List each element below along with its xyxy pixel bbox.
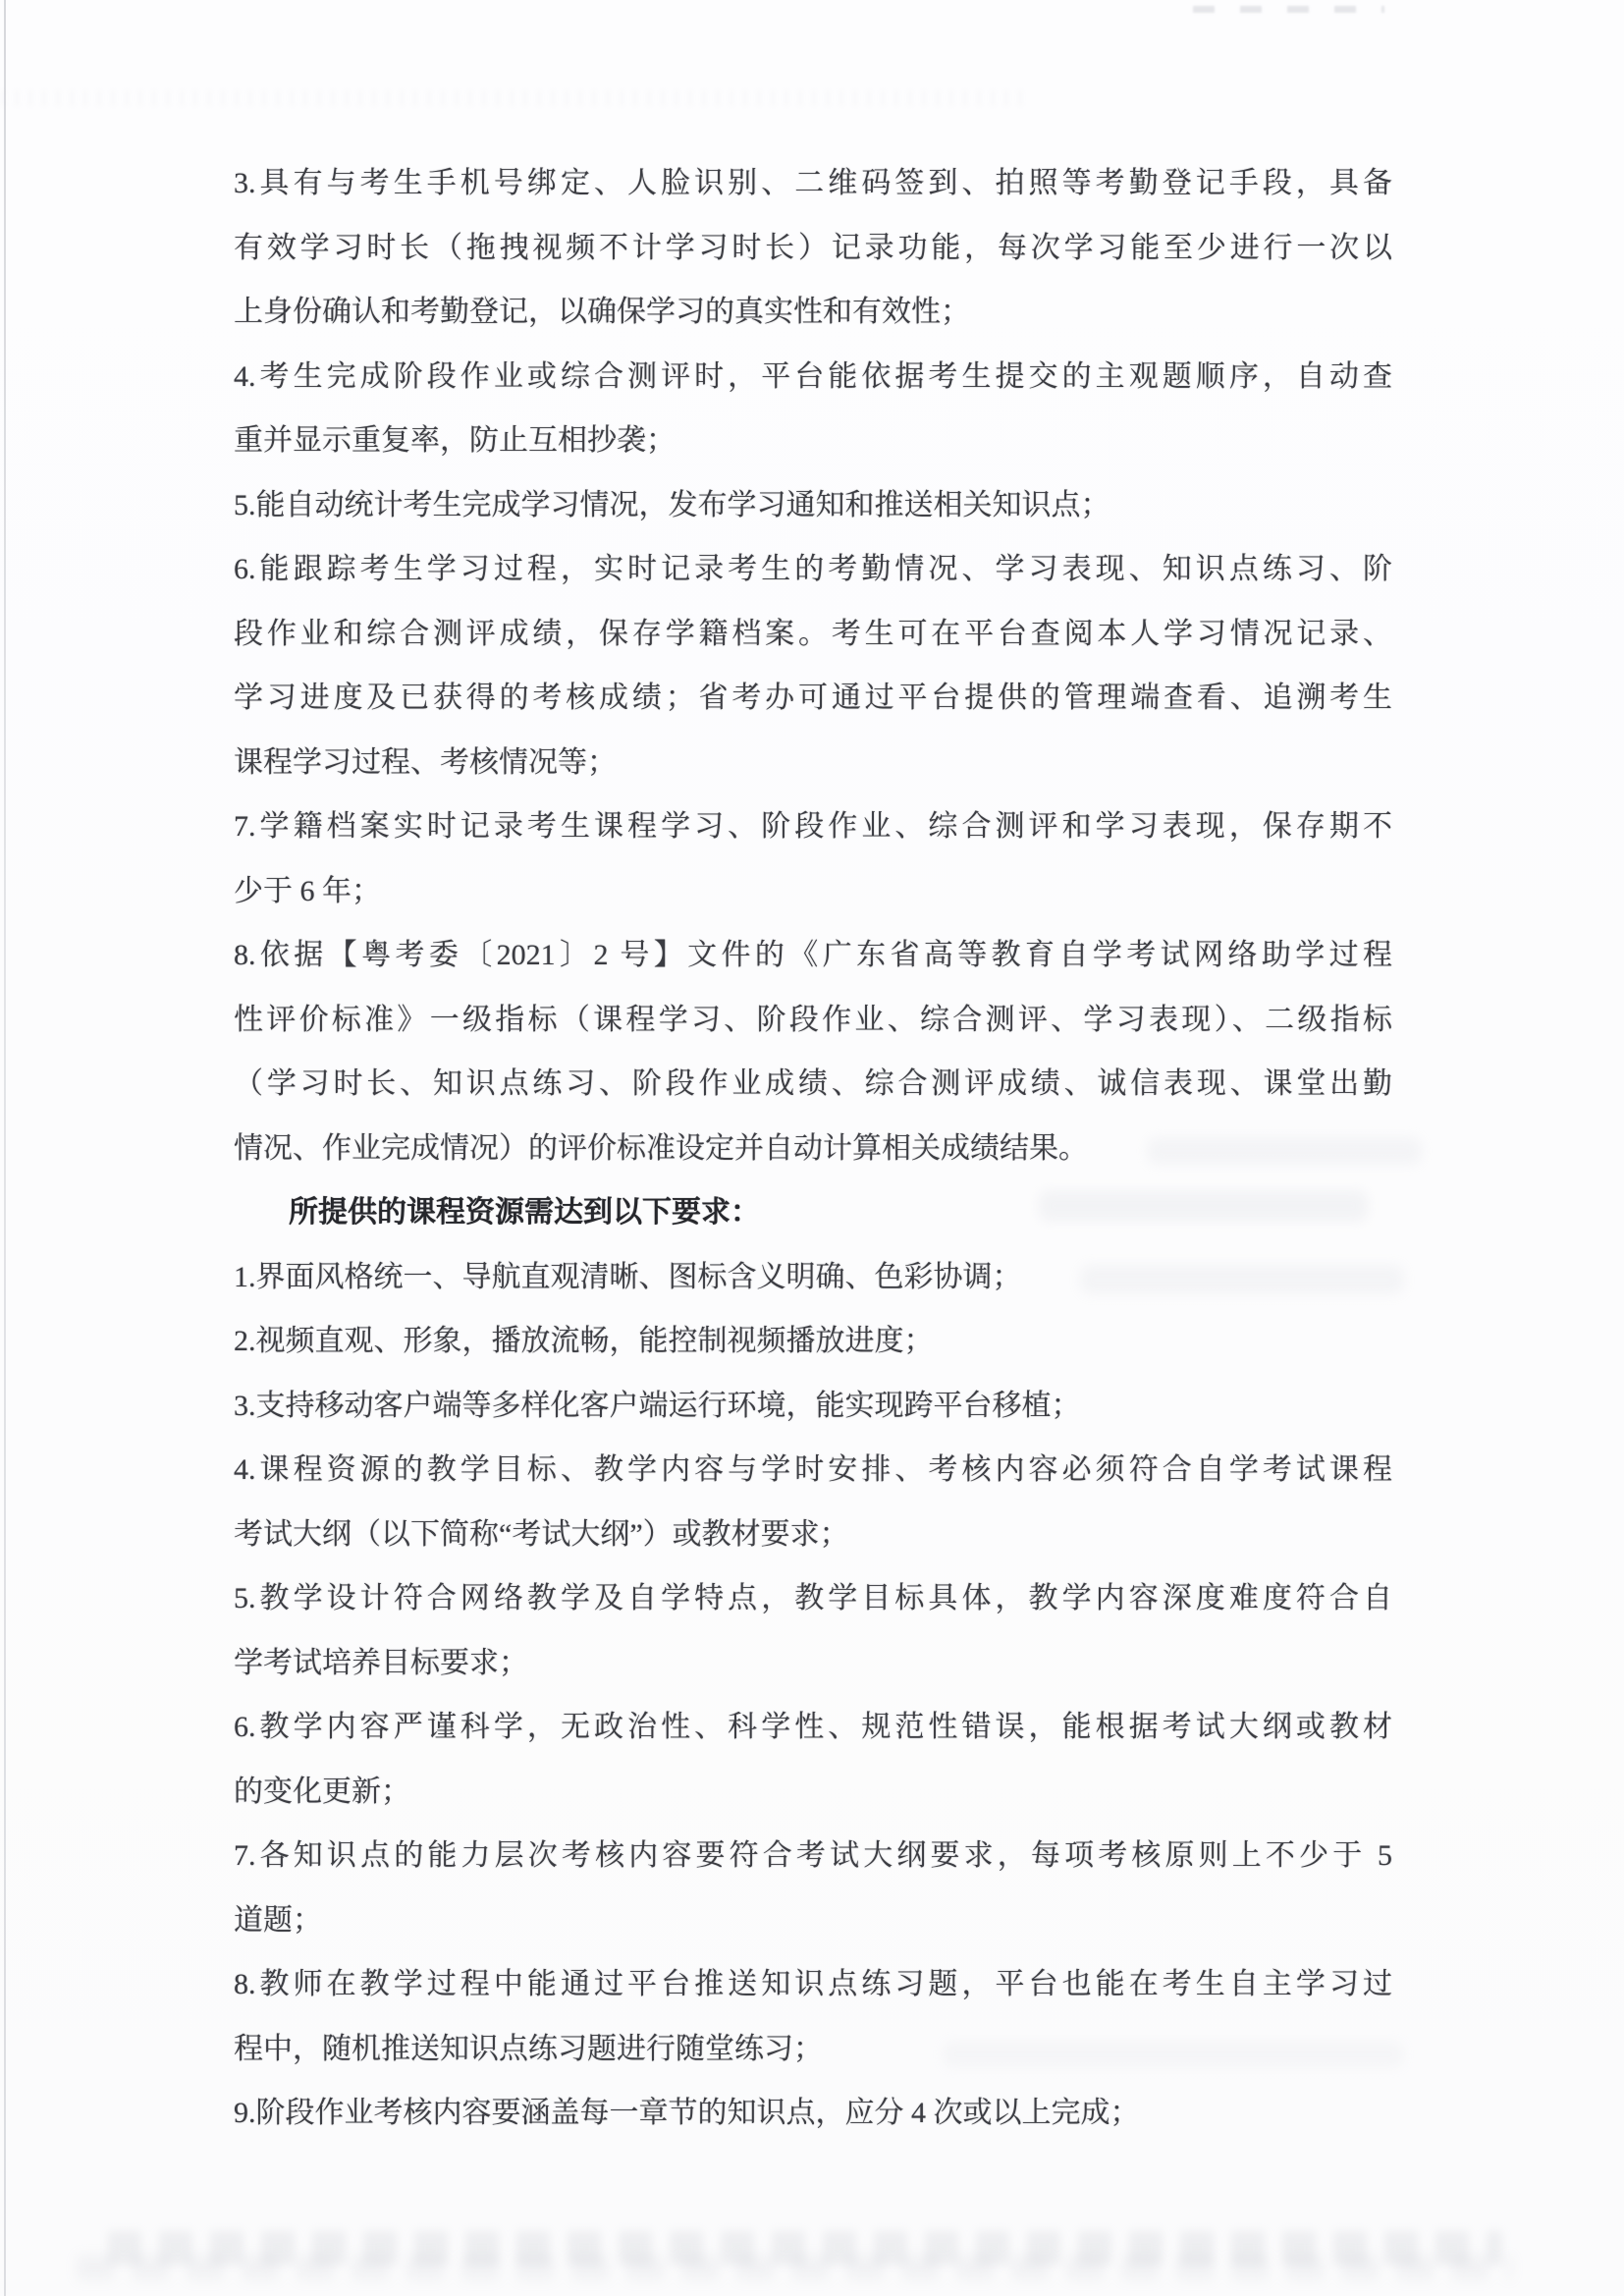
text-line: 3.支持移动客户端等多样化客户端运行环境，能实现跨平台移植； bbox=[234, 1374, 1392, 1439]
text-line: 的变化更新； bbox=[234, 1760, 1392, 1825]
text-line: 少于 6 年； bbox=[234, 859, 1392, 924]
text-line: 重并显示重复率，防止互相抄袭； bbox=[234, 409, 1392, 473]
text-line: 8.教师在教学过程中能通过平台推送知识点练习题，平台也能在考生自主学习过 bbox=[234, 1952, 1392, 2017]
document-body: 3.具有与考生手机号绑定、人脸识别、二维码签到、拍照等考勤登记手段，具备有效学习… bbox=[234, 151, 1392, 2146]
text-line: 情况、作业完成情况）的评价标准设定并自动计算相关成绩结果。 bbox=[234, 1117, 1392, 1181]
text-line: 5.教学设计符合网络教学及自学特点，教学目标具体，教学内容深度难度符合自 bbox=[234, 1566, 1392, 1631]
text-line: 有效学习时长（拖拽视频不计学习时长）记录功能，每次学习能至少进行一次以 bbox=[234, 216, 1392, 281]
text-line: 7.学籍档案实时记录考生课程学习、阶段作业、综合测评和学习表现，保存期不 bbox=[234, 794, 1392, 859]
text-line: 3.具有与考生手机号绑定、人脸识别、二维码签到、拍照等考勤登记手段，具备 bbox=[234, 151, 1392, 216]
text-line: 考试大纲（以下简称“考试大纲”）或教材要求； bbox=[234, 1503, 1392, 1567]
text-line: 8.依据【粤考委〔2021〕2 号】文件的《广东省高等教育自学考试网络助学过程 bbox=[234, 923, 1392, 988]
section-heading: 所提供的课程资源需达到以下要求： bbox=[234, 1180, 1392, 1245]
text-line: 4.考生完成阶段作业或综合测评时，平台能依据考生提交的主观题顺序，自动查 bbox=[234, 345, 1392, 410]
text-line: 性评价标准》一级指标（课程学习、阶段作业、综合测评、学习表现）、二级指标 bbox=[234, 988, 1392, 1053]
text-line: 学习进度及已获得的考核成绩；省考办可通过平台提供的管理端查看、追溯考生 bbox=[234, 666, 1392, 731]
text-line: 4.课程资源的教学目标、教学内容与学时安排、考核内容必须符合自学考试课程 bbox=[234, 1438, 1392, 1503]
text-line: 9.阶段作业考核内容要涵盖每一章节的知识点，应分 4 次或以上完成； bbox=[234, 2081, 1392, 2146]
text-line: 上身份确认和考勤登记，以确保学习的真实性和有效性； bbox=[234, 280, 1392, 345]
text-line: 段作业和综合测评成绩，保存学籍档案。考生可在平台查阅本人学习情况记录、 bbox=[234, 602, 1392, 667]
text-line: 程中，随机推送知识点练习题进行随堂练习； bbox=[234, 2017, 1392, 2082]
text-line: （学习时长、知识点练习、阶段作业成绩、综合测评成绩、诚信表现、课堂出勤 bbox=[234, 1052, 1392, 1117]
text-line: 5.能自动统计考生完成学习情况，发布学习通知和推送相关知识点； bbox=[234, 473, 1392, 538]
text-line: 6.能跟踪考生学习过程，实时记录考生的考勤情况、学习表现、知识点练习、阶 bbox=[234, 537, 1392, 602]
text-line: 7.各知识点的能力层次考核内容要符合考试大纲要求，每项考核原则上不少于 5 bbox=[234, 1824, 1392, 1888]
text-line: 2.视频直观、形象，播放流畅，能控制视频播放进度； bbox=[234, 1309, 1392, 1374]
scanned-page: 3.具有与考生手机号绑定、人脸识别、二维码签到、拍照等考勤登记手段，具备有效学习… bbox=[0, 0, 1624, 2296]
text-line: 6.教学内容严谨科学，无政治性、科学性、规范性错误，能根据考试大纲或教材 bbox=[234, 1695, 1392, 1760]
scan-artifact bbox=[59, 2255, 1512, 2280]
text-line: 学考试培养目标要求； bbox=[234, 1631, 1392, 1696]
scan-artifact bbox=[0, 90, 1031, 106]
text-line: 课程学习过程、考核情况等； bbox=[234, 731, 1392, 795]
text-line: 1.界面风格统一、导航直观清晰、图标含义明确、色彩协调； bbox=[234, 1245, 1392, 1310]
text-line: 道题； bbox=[234, 1888, 1392, 1953]
scanner-edge-line bbox=[4, 0, 6, 2296]
scan-artifact bbox=[1193, 6, 1384, 13]
